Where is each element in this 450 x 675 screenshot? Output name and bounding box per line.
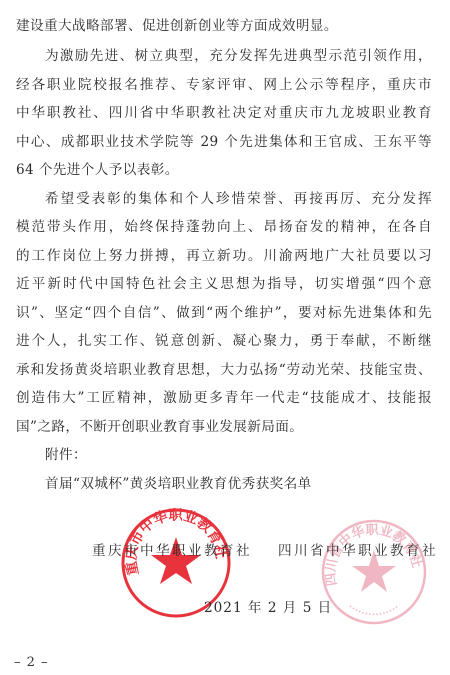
text-line: 国”之路，不断开创职业教育事业发展新局面。 <box>16 416 432 438</box>
text-line: 为激励先进、树立典型，充分发挥先进典型示范引领作用， <box>45 45 432 67</box>
text-line: 的工作岗位上努力拼搏，再立新功。川渝两地广大社员要以习 <box>16 245 432 267</box>
text-line: 经各职业院校报名推荐、专家评审、网上公示等程序，重庆市 <box>16 74 432 96</box>
text-line: 希望受表彰的集体和个人珍惜荣誉、再接再厉、充分发挥 <box>45 188 432 210</box>
signature-chongqing: 重庆市中华职业教育社 <box>92 540 252 562</box>
text-line: 承和发扬黄炎培职业教育思想，大力弘扬“劳动光荣、技能宝贵、 <box>16 359 432 381</box>
text-line: 近平新时代中国特色社会主义思想为指导，切实增强“四个意 <box>16 273 432 295</box>
text-line: 建设重大战略部署、促进创新创业等方面成效明显。 <box>16 15 432 37</box>
text-line: 模范带头作用，始终保持蓬勃向上、昂扬奋发的精神，在各自 <box>16 216 432 238</box>
text-line: 中心、成都职业技术学院等 29 个先进集体和王官成、王东平等 <box>16 131 432 153</box>
text-line: 进个人，扎实工作、锐意创新、凝心聚力，勇于奉献，不断继 <box>16 330 432 352</box>
attachment-title: 首届“双城杯”黄炎培职业教育优秀获奖名单 <box>45 473 432 495</box>
document-date: 2021 年 2 月 5 日 <box>204 597 332 619</box>
text-line: 中华职教社、四川省中华职教社决定对重庆市九龙坡职业教育 <box>16 102 432 124</box>
signature-sichuan: 四川省中华职业教育社 <box>278 540 438 562</box>
text-line: 创造伟大”工匠精神，激励更多青年一代走“技能成才、技能报 <box>16 387 432 409</box>
attachment-label: 附件： <box>45 444 432 466</box>
official-seal-icon: 四川省中华职业教育社 <box>320 518 428 626</box>
stamp-sichuan: 四川省中华职业教育社 <box>320 518 428 626</box>
text-line: 64 个先进个人予以表彰。 <box>16 159 432 181</box>
text-line: 识”、坚定“四个自信”、做到“两个维护”，要对标先进集体和先 <box>16 302 432 324</box>
page-number: – 2 – <box>14 653 49 673</box>
